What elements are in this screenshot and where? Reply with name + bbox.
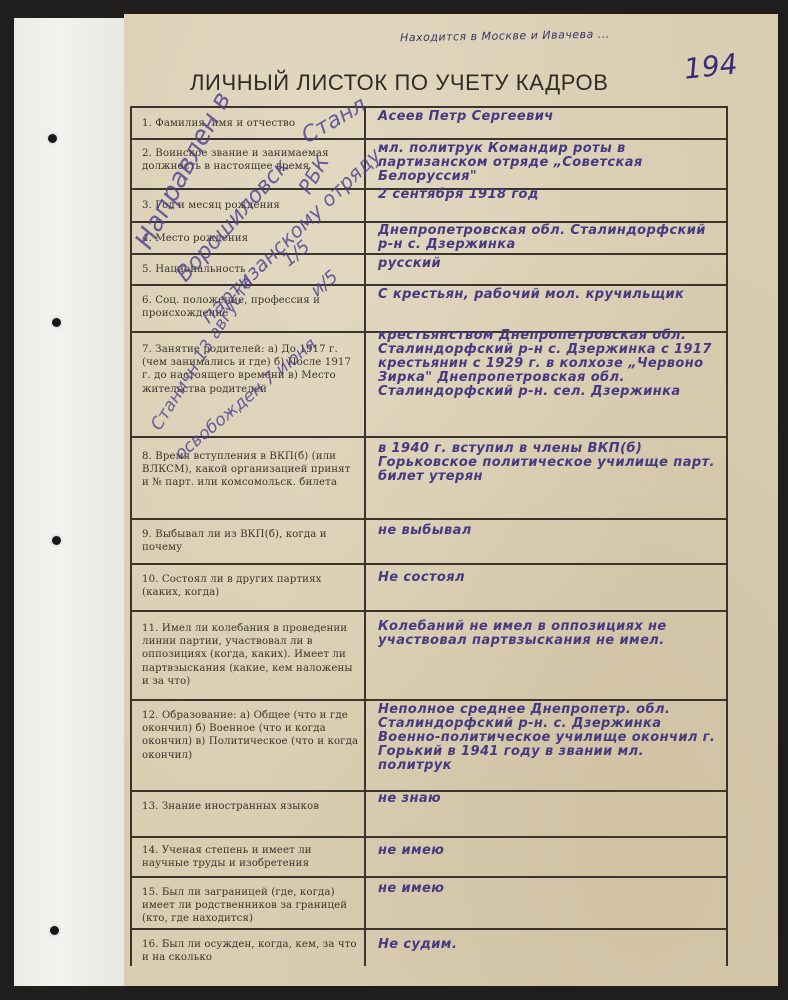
form-question: 14. Ученая степень и имеет ли научные тр… [142, 844, 360, 870]
form-question: 16. Был ли осужден, когда, кем, за что и… [142, 938, 360, 964]
form-answer: в 1940 г. вступил в члены ВКП(б) Горьков… [378, 442, 718, 484]
form-row: 14. Ученая степень и имеет ли научные тр… [132, 836, 726, 876]
form-row: 13. Знание иностранных языковне знаю [132, 790, 726, 836]
punch-hole [50, 926, 59, 935]
form-question: 10. Состоял ли в других партиях (каких, … [142, 573, 360, 599]
form-question: 4. Место рождения [142, 232, 360, 245]
form-row: 2. Воинское звание и занимаемая должност… [132, 138, 726, 188]
form-answer: не имею [378, 844, 718, 858]
sheet-number: 194 [682, 47, 739, 85]
form-answer: С крестьян, рабочий мол. кручильщик [378, 288, 718, 302]
form-answer: не выбывал [378, 524, 718, 538]
form-question: 6. Соц. положение, профессия и происхожд… [142, 294, 360, 320]
form-row: 16. Был ли осужден, когда, кем, за что и… [132, 928, 726, 966]
form-question: 8. Время вступления в ВКП(б) (или ВЛКСМ)… [142, 450, 360, 490]
form-question: 13. Знание иностранных языков [142, 800, 360, 813]
form-question: 9. Выбывал ли из ВКП(б), когда и почему [142, 528, 360, 554]
form-answer: Днепропетровская обл. Сталиндорфский р-н… [378, 224, 718, 252]
form-answer: Не состоял [378, 571, 718, 585]
form-answer: Неполное среднее Днепропетр. обл. Сталин… [378, 703, 718, 773]
form-row: 10. Состоял ли в других партиях (каких, … [132, 563, 726, 610]
form-answer: мл. политрук Командир роты в партизанско… [378, 142, 718, 184]
form-answer: не имею [378, 882, 718, 896]
form-question: 12. Образование: а) Общее (что и где око… [142, 709, 360, 762]
punch-hole [52, 318, 61, 327]
personnel-form-sheet: Находится в Москве и Ивачева ... ЛИЧНЫЙ … [124, 14, 778, 986]
form-answer: крестьянством Днепропетровская обл. Стал… [378, 329, 718, 399]
form-row: 15. Был ли заграницей (где, когда) имеет… [132, 876, 726, 928]
punch-hole [48, 134, 57, 143]
form-question: 15. Был ли заграницей (где, когда) имеет… [142, 886, 360, 926]
punch-hole [52, 536, 61, 545]
form-row: 12. Образование: а) Общее (что и где око… [132, 699, 726, 790]
form-answer: 2 сентября 1918 год [378, 188, 718, 202]
form-answer: Асеев Петр Сергеевич [378, 110, 718, 124]
form-row: 9. Выбывал ли из ВКП(б), когда и почемун… [132, 518, 726, 563]
form-row: 5. Национальностьрусский [132, 253, 726, 284]
top-handwritten-note: Находится в Москве и Ивачева ... [400, 25, 780, 45]
binding-strip [14, 18, 126, 986]
form-answer: не знаю [378, 792, 718, 806]
form-answer: Колебаний не имел в оппозициях не участв… [378, 620, 718, 648]
form-row: 8. Время вступления в ВКП(б) (или ВЛКСМ)… [132, 436, 726, 518]
form-answer: русский [378, 257, 718, 271]
form-answer: Не судим. [378, 938, 718, 952]
page-title: ЛИЧНЫЙ ЛИСТОК ПО УЧЕТУ КАДРОВ [190, 70, 690, 96]
form-row: 11. Имел ли колебания в проведении линии… [132, 610, 726, 699]
form-question: 11. Имел ли колебания в проведении линии… [142, 622, 360, 688]
